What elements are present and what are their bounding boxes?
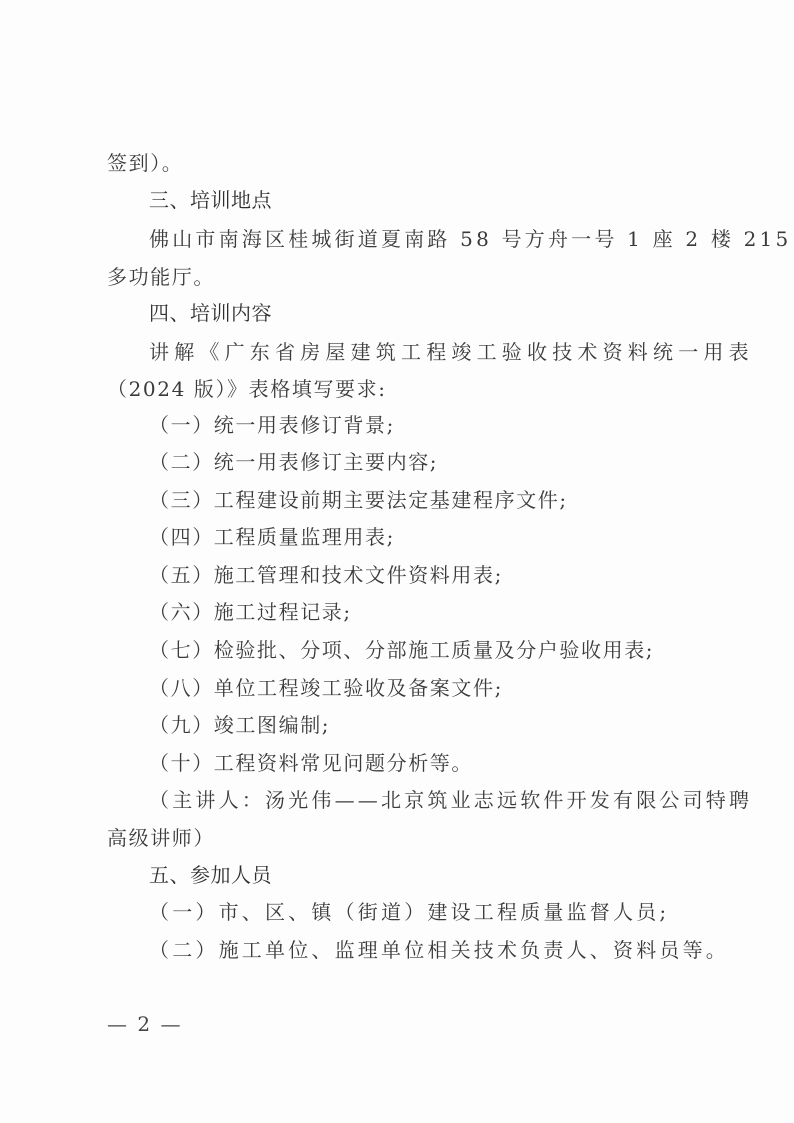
- participant-item-1: （一）市、区、镇（街道）建设工程质量监督人员;: [149, 899, 739, 925]
- content-item-5: （五）施工管理和技术文件资料用表;: [149, 562, 739, 588]
- continuation-text: 签到）。: [107, 150, 697, 176]
- content-item-1: （一）统一用表修订背景;: [149, 412, 739, 438]
- speaker-line1: （主讲人：汤光伟——北京筑业志远软件开发有限公司特聘: [149, 787, 739, 813]
- content-item-6: （六）施工过程记录;: [149, 599, 739, 625]
- section-heading-content: 四、培训内容: [149, 300, 739, 326]
- content-item-3: （三）工程建设前期主要法定基建程序文件;: [149, 487, 739, 513]
- content-intro-line1: 讲解《广东省房屋建筑工程竣工验收技术资料统一用表: [149, 339, 739, 365]
- content-item-9: （九）竣工图编制;: [149, 712, 739, 738]
- content-intro-line2: （2024 版）》表格填写要求:: [107, 376, 697, 402]
- venue-address-line2: 多功能厅。: [107, 264, 697, 290]
- section-heading-participants: 五、参加人员: [149, 862, 739, 888]
- content-item-2: （二）统一用表修订主要内容;: [149, 449, 739, 475]
- content-item-10: （十）工程资料常见问题分析等。: [149, 750, 739, 776]
- speaker-line2: 高级讲师）: [107, 825, 697, 851]
- document-page: 签到）。 三、培训地点 佛山市南海区桂城街道夏南路 58 号方舟一号 1 座 2…: [0, 0, 794, 1123]
- content-item-7: （七）检验批、分项、分部施工质量及分户验收用表;: [149, 637, 739, 663]
- page-number: — 2 —: [107, 1012, 182, 1036]
- content-item-4: （四）工程质量监理用表;: [149, 524, 739, 550]
- participant-item-2: （二）施工单位、监理单位相关技术负责人、资料员等。: [149, 937, 739, 963]
- content-item-8: （八）单位工程竣工验收及备案文件;: [149, 675, 739, 701]
- section-heading-venue: 三、培训地点: [149, 187, 739, 213]
- venue-address-line1: 佛山市南海区桂城街道夏南路 58 号方舟一号 1 座 2 楼 215: [149, 226, 739, 252]
